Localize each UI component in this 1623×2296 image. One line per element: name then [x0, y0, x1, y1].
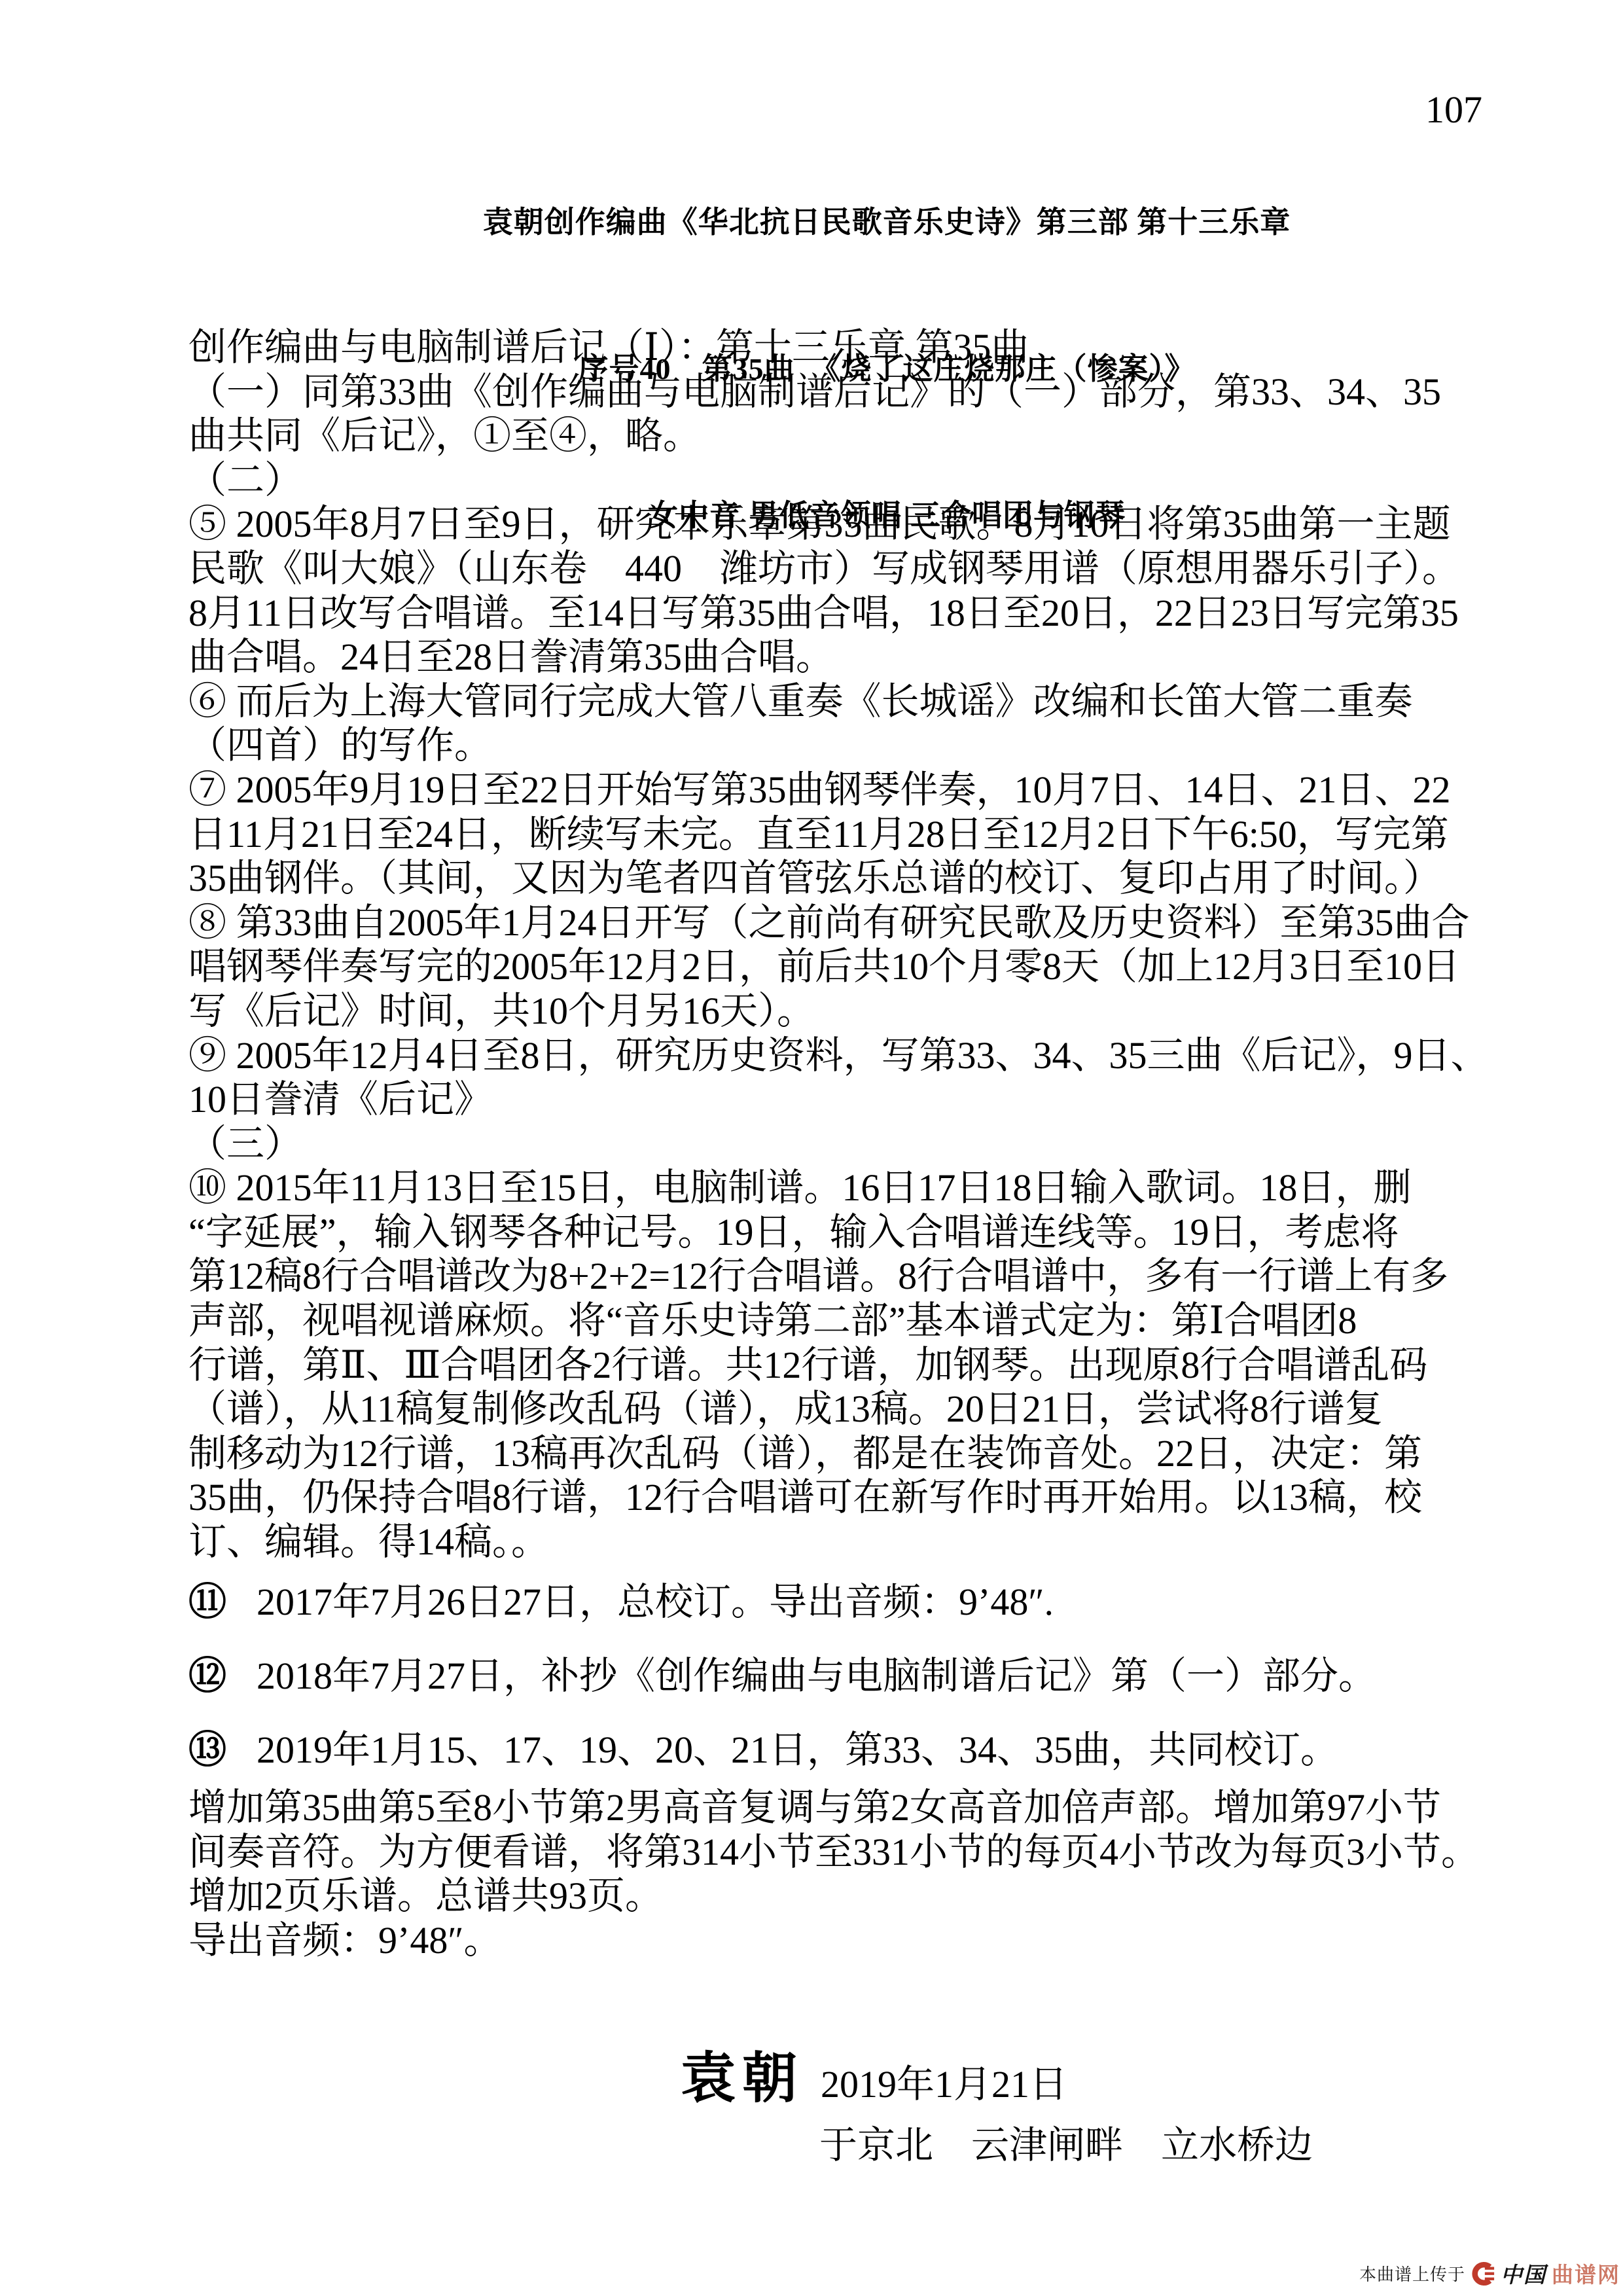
header-title-line: 袁朝创作编曲《华北抗日民歌音乐史诗》第三部 第十三乐章	[151, 204, 1623, 241]
signature-date: 2019年1月21日	[821, 2063, 1067, 2106]
body-text-line: （谱），从11稿复制修改乱码（谱），成13稿。20日21日，尝试将8行谱复	[188, 1387, 1491, 1431]
page-number: 107	[1425, 88, 1482, 132]
body-text-line: 订、编辑。得14稿。。	[188, 1520, 1491, 1564]
body-text-line: ⑨ 2005年12月4日至8日，研究历史资料，写第33、34、35三曲《后记》，…	[188, 1033, 1491, 1078]
body-text-line: （二）	[188, 458, 1491, 503]
body-text: 创作编曲与电脑制谱后记（Ⅰ）：第十三乐章 第35曲 （一）同第33曲《创作编曲与…	[188, 325, 1491, 1564]
body-text-line: ⑤ 2005年8月7日至9日，研究本乐章第35曲民歌。8月10日将第35曲第一主…	[188, 502, 1491, 547]
body-text-line: 唱钢琴伴奏写完的2005年12月2日，前后共10个月零8天（加上12月3日至10…	[188, 944, 1491, 989]
body-text-line: 曲合唱。24日至28日誊清第35曲合唱。	[188, 635, 1491, 679]
numbered-note-line: ⑫2018年7月27日，补抄《创作编曲与电脑制谱后记》第（一）部分。	[188, 1654, 1491, 1728]
body-text-line: （四首）的写作。	[188, 723, 1491, 768]
body-text-line: 第12稿8行合唱谱改为8+2+2=12行合唱谱。8行合唱谱中，多有一行谱上有多	[188, 1254, 1491, 1299]
body-text-line: 10日誊清《后记》	[188, 1077, 1491, 1122]
body-text-line: 民歌《叫大娘》（山东卷 440 潍坊市）写成钢琴用谱（原想用器乐引子）。	[188, 547, 1491, 591]
body-text-line: 增加第35曲第5至8小节第2男高音复调与第2女高音加倍声部。增加第97小节	[188, 1785, 1491, 1830]
document-page: 袁朝创作编曲《华北抗日民歌音乐史诗》第三部 第十三乐章 序号40 第35曲 《烧…	[0, 0, 1623, 2296]
body-text-line: 曲共同《后记》，①至④，略。	[188, 414, 1491, 458]
body-text-line: 声部，视唱视谱麻烦。将“音乐史诗第二部”基本谱式定为：第Ⅰ合唱团8	[188, 1299, 1491, 1343]
numbered-note-text: 2019年1月15、17、19、20、21日，第33、34、35曲，共同校订。	[257, 1729, 1338, 1771]
circled-number: ⑫	[188, 1655, 226, 1697]
body-text-line: “字延展”，输入钢琴各种记号。19日，输入合唱谱连线等。19日，考虑将	[188, 1210, 1491, 1255]
body-text-line: ⑥ 而后为上海大管同行完成大管八重奏《长城谣》改编和长笛大管二重奏	[188, 679, 1491, 724]
circled-number: ⑬	[188, 1729, 226, 1771]
body-text-line: ⑩ 2015年11月13日至15日，电脑制谱。16日17日18日输入歌词。18日…	[188, 1166, 1491, 1210]
numbered-notes: ⑪2017年7月26日27日，总校订。导出音频：9’48″. ⑫2018年7月2…	[188, 1580, 1491, 1802]
site-watermark: 本曲谱上传于 中国 曲谱网	[1359, 2258, 1620, 2289]
body-text-line: 行谱，第Ⅱ、Ⅲ合唱团各2行谱。共12行谱，加钢琴。出现原8行合唱谱乱码	[188, 1343, 1491, 1388]
watermark-text: 本曲谱上传于	[1359, 2261, 1465, 2286]
body-text-line: 35曲，仍保持合唱8行谱，12行合唱谱可在新写作时再开始用。以13稿，校	[188, 1475, 1491, 1520]
brand-name-black: 中国	[1501, 2258, 1546, 2289]
brand-name-accent: 曲谱网	[1552, 2258, 1620, 2289]
signature-line: 袁朝2019年1月21日	[681, 2034, 1067, 2113]
body-text-line: ⑦ 2005年9月19日至22日开始写第35曲钢琴伴奏，10月7日、14日、21…	[188, 768, 1491, 812]
signature-place: 于京北 云津闸畔 立水桥边	[819, 2114, 1313, 2169]
body-text-line: 制移动为12行谱，13稿再次乱码（谱），都是在装饰音处。22日，决定：第	[188, 1431, 1491, 1476]
body-text-line: 写《后记》时间，共10个月另16天）。	[188, 989, 1491, 1033]
body-text-line: 创作编曲与电脑制谱后记（Ⅰ）：第十三乐章 第35曲	[188, 325, 1491, 370]
body-text-line: ⑧ 第33曲自2005年1月24日开写（之前尚有研究民歌及历史资料）至第35曲合	[188, 901, 1491, 945]
body-text-line: 增加2页乐谱。总谱共93页。	[188, 1874, 1491, 1918]
numbered-note-text: 2018年7月27日，补抄《创作编曲与电脑制谱后记》第（一）部分。	[257, 1655, 1376, 1697]
numbered-note-line: ⑪2017年7月26日27日，总校订。导出音频：9’48″.	[188, 1580, 1491, 1654]
body-text-line: 日11月21日至24日，断续写未完。直至11月28日至12月2日下午6:50，写…	[188, 812, 1491, 857]
body-text-line: （一）同第33曲《创作编曲与电脑制谱后记》的（一）部分，第33、34、35	[188, 370, 1491, 414]
numbered-note-text: 2017年7月26日27日，总校订。导出音频：9’48″.	[257, 1581, 1054, 1623]
body-text-line: （三）	[188, 1122, 1491, 1166]
body-text-line: 间奏音符。为方便看谱，将第314小节至331小节的每页4小节改为每页3小节。	[188, 1830, 1491, 1874]
circled-number: ⑪	[188, 1581, 226, 1623]
body-text-line: 8月11日改写合唱谱。至14日写第35曲合唱，18日至20日，22日23日写完第…	[188, 591, 1491, 636]
music-site-logo-icon	[1471, 2261, 1495, 2286]
body-text-line: 导出音频：9’48″。	[188, 1918, 1491, 1963]
signature-name: 袁朝	[681, 2049, 804, 2109]
body-text-line: 35曲钢伴。（其间，又因为笔者四首管弦乐总谱的校订、复印占用了时间。）	[188, 856, 1491, 901]
body-tail-paragraph: 增加第35曲第5至8小节第2男高音复调与第2女高音加倍声部。增加第97小节 间奏…	[188, 1785, 1491, 1962]
